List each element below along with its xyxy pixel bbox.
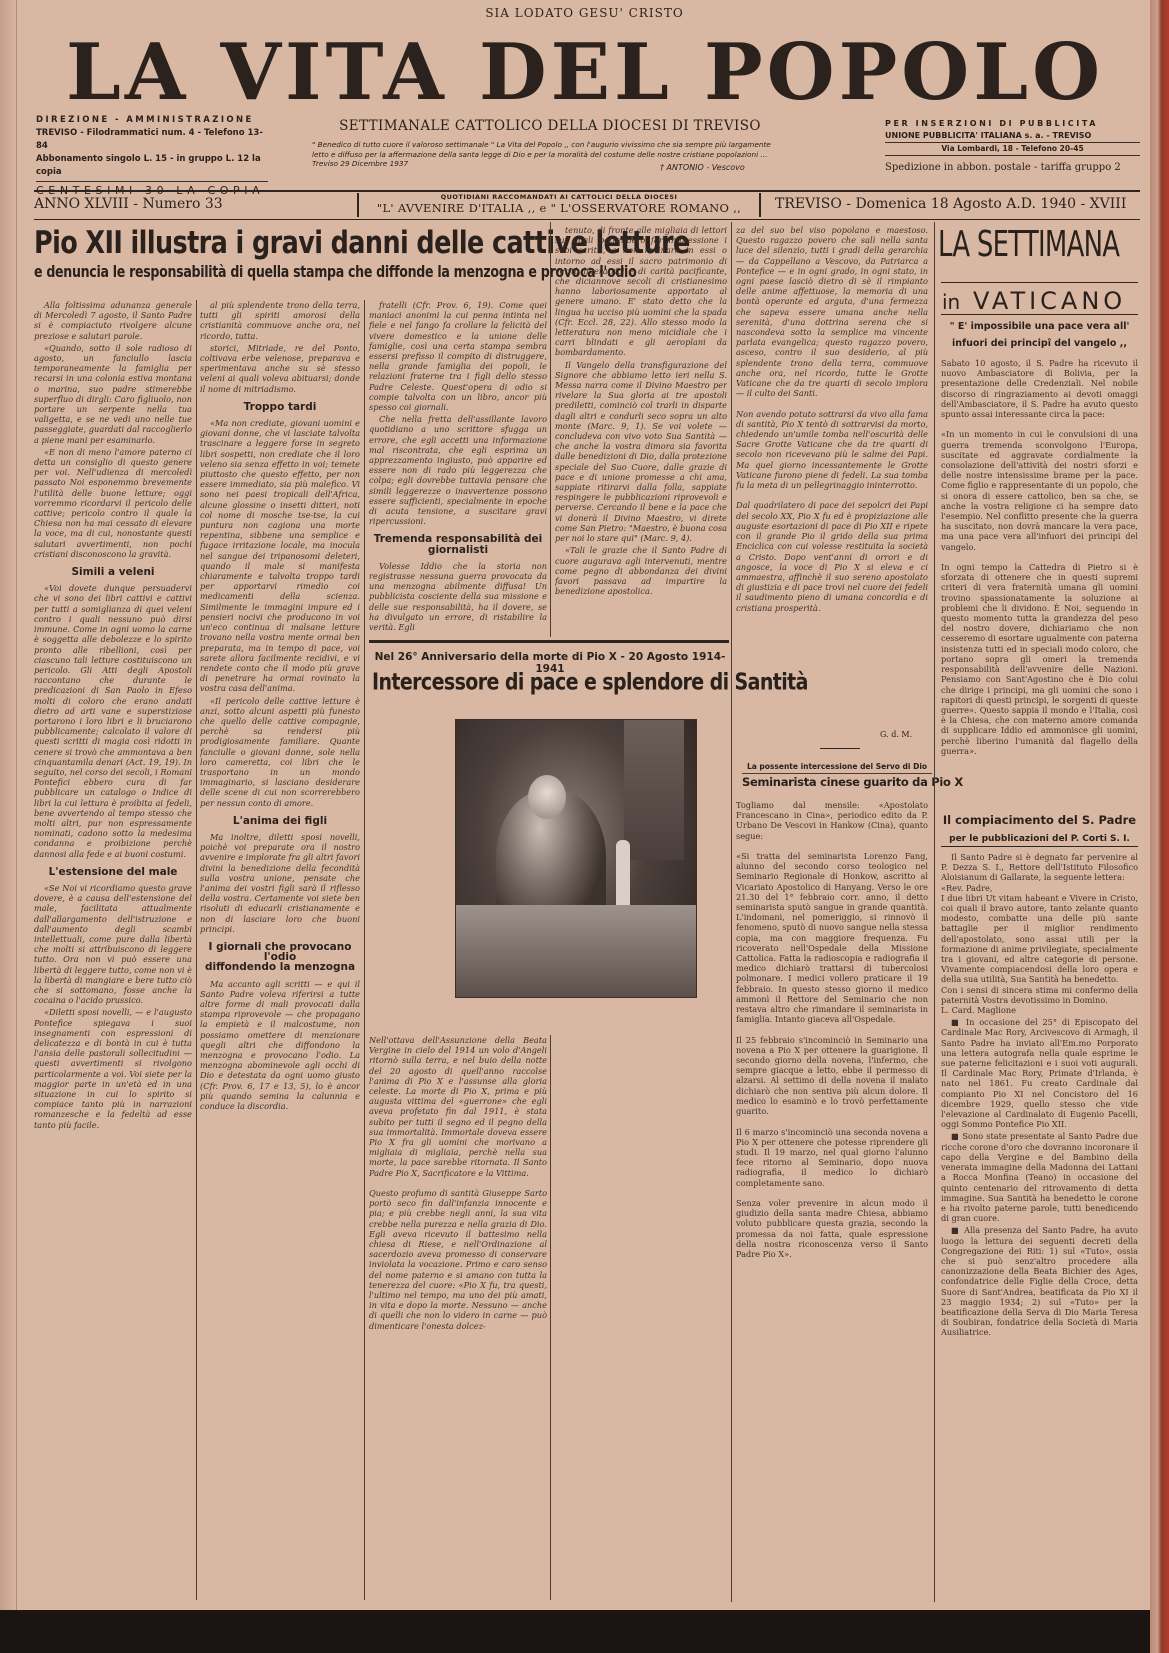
paragraph: storici, Mitriade, re del Ponto, coltiva…	[200, 343, 360, 394]
issue-date: TREVISO - Domenica 18 Agosto A.D. 1940 -…	[775, 196, 1126, 212]
paragraph: «Tali le grazie che il Santo Padre di cu…	[555, 545, 727, 596]
blessing-signature: † ANTONIO - Vescovo	[660, 163, 745, 172]
article-column-1: Alla foltissima adunanza generale di Mer…	[34, 300, 192, 1600]
section-heading: L'anima dei figli	[200, 816, 360, 826]
column-rule	[550, 222, 551, 637]
section-heading: I giornali che provocano l'odio	[200, 942, 360, 962]
photo-chalice	[616, 840, 630, 910]
paragraph: tenuto, di fronte alle migliaia di letto…	[555, 225, 727, 358]
paragraph: fratelli (Cfr. Prov. 6, 19). Come quei m…	[369, 300, 547, 412]
article-column-2: al più splendente trono della terra, tut…	[200, 300, 360, 1600]
recommended-papers: "L' AVVENIRE D'ITALIA ,, e " L'OSSERVATO…	[359, 201, 759, 215]
seminarian-body: Togliamo dal mensile: «Apostolato France…	[736, 800, 928, 1610]
sidebar-rule	[941, 282, 1138, 283]
right-header: PER INSERZIONI DI PUBBLICITA UNIONE PUBB…	[885, 118, 1140, 174]
newspaper-subtitle: SETTIMANALE CATTOLICO DELLA DIOCESI DI T…	[300, 118, 800, 134]
article-column-4: tenuto, di fronte alle migliaia di letto…	[555, 225, 727, 637]
subscription-line: Abbonamento singolo L. 15 - in gruppo L.…	[36, 153, 268, 179]
page-fold	[0, 0, 17, 1610]
sidebar-body: Sabato 10 agosto, il S. Padre ha ricevut…	[941, 358, 1138, 808]
blessing-text: " Benedico di tutto cuore il valoroso se…	[312, 140, 772, 159]
news-note: Alla presenza del Santo Padre, ha avuto …	[941, 1225, 1138, 1337]
column-rule	[364, 300, 365, 1600]
recommended-papers-box: QUOTIDIANI RACCOMANDATI AI CATTOLICI DEL…	[357, 193, 761, 217]
direzione-line: DIREZIONE - AMMINISTRAZIONE	[36, 114, 268, 127]
sidebar-notes: Il Santo Padre si è degnato far pervenir…	[941, 852, 1138, 1602]
section-heading: Tremenda responsabilità dei giornalisti	[369, 534, 547, 554]
infobar-divider	[34, 219, 1140, 220]
paragraph: «Se Noi vi ricordiamo questo grave dover…	[34, 883, 192, 1005]
news-note: Sono state presentate al Santo Padre due…	[941, 1131, 1138, 1223]
pio-x-headline: Intercessore di pace e splendore di Sant…	[372, 669, 728, 695]
paragraph: «E non di meno l'amore paterno ci detta …	[34, 447, 192, 559]
sidebar-title: LA SETTIMANA	[938, 224, 1082, 265]
paragraph: «Voi dovete dunque persuadervi che vi so…	[34, 583, 192, 858]
article-signature: G. d. M.	[880, 730, 912, 739]
paragraph: «Ma non crediate, giovani uomini e giova…	[200, 418, 360, 693]
sidebar-rule	[941, 314, 1138, 315]
advertising-address: Via Lombardi, 18 - Telefono 20-45	[885, 142, 1140, 156]
recommended-label: QUOTIDIANI RACCOMANDATI AI CATTOLICI DEL…	[359, 193, 759, 201]
section-divider	[369, 640, 729, 643]
newspaper-page: SIA LODATO GESU' CRISTO LA VITA DEL POPO…	[0, 0, 1150, 1610]
main-subheadline: e denuncia le responsabilità di quella s…	[34, 262, 552, 281]
paragraph: Il Vangelo della transfigurazione del Si…	[555, 360, 727, 544]
section-heading: Troppo tardi	[200, 402, 360, 412]
issue-number: ANNO XLVIII - Numero 33	[34, 196, 223, 212]
seminarian-kicker: La possente intercessione del Servo di D…	[742, 762, 932, 774]
paragraph: Volesse Iddio che la storia non registra…	[369, 561, 547, 632]
price-line: CENTESIMI 30 LA COPIA	[36, 181, 268, 197]
sidebar-in: in	[942, 290, 960, 314]
newspaper-title: LA VITA DEL POPOLO	[30, 28, 1140, 118]
compiacimento-subheadline: per le pubblicazioni del P. Corti S. I.	[941, 834, 1138, 847]
photo-table	[456, 905, 696, 997]
pio-x-column-a: Nell'ottava dell'Assunzione della Beata …	[369, 1035, 547, 1600]
paragraph: al più splendente trono della terra, tut…	[200, 300, 360, 341]
header-divider	[34, 190, 1140, 192]
paragraph: Il Santo Padre si è degnato far pervenir…	[941, 852, 1138, 1015]
column-rule	[731, 222, 732, 1602]
paragraph: «Diletti sposi novelli, — e l'augusto Po…	[34, 1007, 192, 1129]
postal-info: Spedizione in abbon. postale - tariffa g…	[885, 162, 1140, 174]
news-note: In occasione del 25° di Episcopato del C…	[941, 1017, 1138, 1129]
sidebar-subtitle: VATICANO	[973, 287, 1126, 315]
binding-edge	[1150, 0, 1169, 1653]
paragraph: «Quando, sotto il sole radioso di agosto…	[34, 343, 192, 445]
paragraph: «Il pericolo delle cattive letture è anz…	[200, 696, 360, 808]
section-heading: L'estensione del male	[34, 867, 192, 877]
advertising-agency: UNIONE PUBBLICITA' ITALIANA s. a. - TREV…	[885, 130, 1140, 142]
address-line: TREVISO - Filodrammatici num. 4 - Telefo…	[36, 127, 268, 153]
article-column-3: fratelli (Cfr. Prov. 6, 19). Come quei m…	[369, 300, 547, 640]
center-header: SETTIMANALE CATTOLICO DELLA DIOCESI DI T…	[300, 118, 800, 134]
paragraph: Alla foltissima adunanza generale di Mer…	[34, 300, 192, 341]
section-subheading: diffondendo la menzogna	[200, 962, 360, 972]
ornament-divider	[820, 748, 860, 749]
photo-window	[624, 720, 684, 860]
column-rule	[934, 222, 935, 1602]
column-rule	[196, 300, 197, 1600]
paragraph: Ma inoltre, diletti sposi novelli, poich…	[200, 832, 360, 934]
paragraph: Che nella fretta dell'assillante lavoro …	[369, 414, 547, 526]
main-headline: Pio XII illustra i gravi danni delle cat…	[34, 225, 552, 262]
section-heading: Simili a veleni	[34, 567, 192, 577]
pio-x-column-b-cont	[555, 1035, 727, 1600]
pio-x-photo	[455, 719, 697, 998]
compiacimento-headline: Il compiacimento del S. Padre	[941, 813, 1138, 827]
motto: SIA LODATO GESU' CRISTO	[0, 6, 1150, 20]
seminarian-headline: Seminarista cinese guarito da Pio X	[742, 775, 932, 789]
photo-head	[528, 775, 566, 819]
sidebar-quote-headline: " E' impossibile una pace vera all' infu…	[941, 318, 1138, 352]
advertising-line: PER INSERZIONI DI PUBBLICITA	[885, 118, 1140, 130]
pio-x-column-b: za del suo bel viso popolano e maestoso.…	[736, 225, 928, 725]
column-rule	[550, 1035, 551, 1600]
paragraph: Ma accanto agli scritti — e qui il Santo…	[200, 979, 360, 1112]
left-header: DIREZIONE - AMMINISTRAZIONE TREVISO - Fi…	[36, 114, 268, 197]
